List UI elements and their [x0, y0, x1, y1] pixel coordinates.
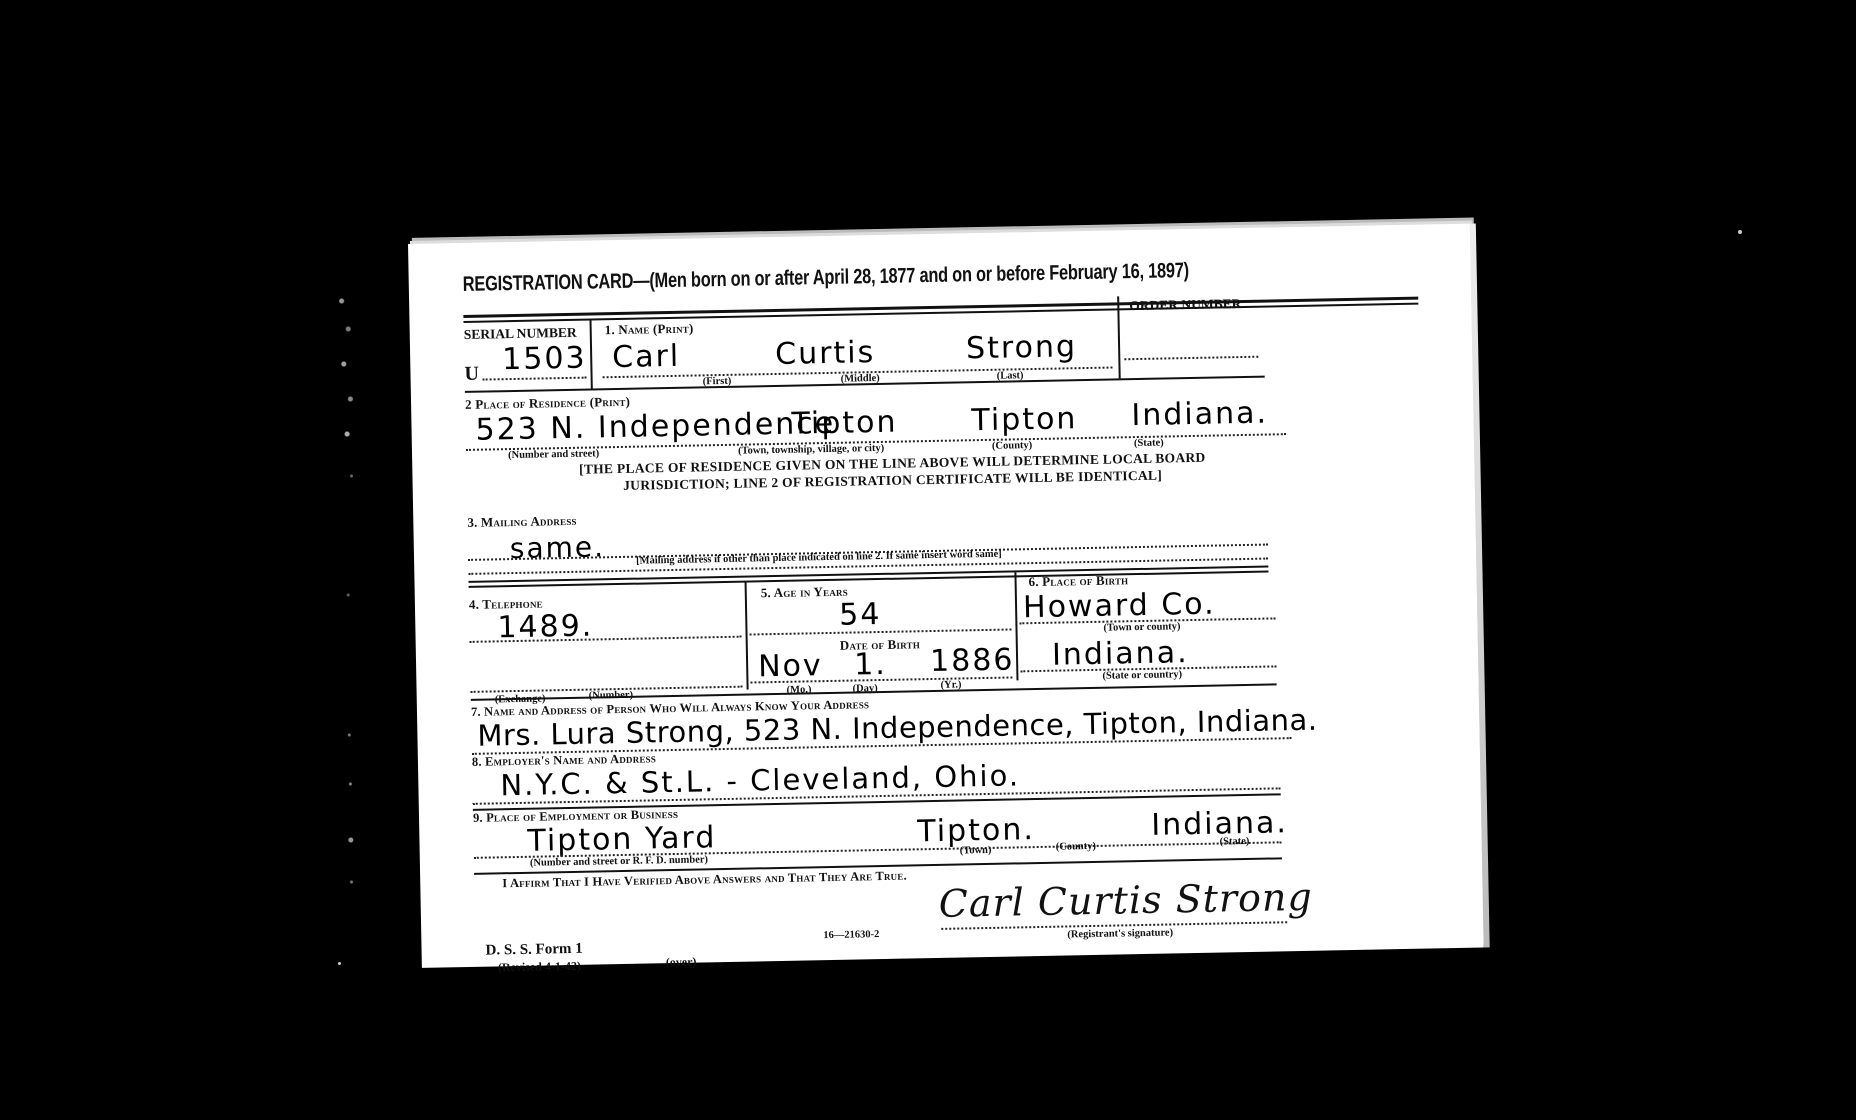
employment-state-caption: (State)	[1220, 836, 1250, 848]
serial-number-value: 1503	[502, 341, 587, 378]
registration-card: REGISTRATION CARD—(Men born on or after …	[408, 224, 1484, 968]
dob-year: 1886	[930, 642, 1015, 679]
name-middle: Curtis	[775, 335, 876, 372]
divider	[1014, 572, 1018, 680]
serial-prefix: U	[464, 363, 479, 386]
card-title: REGISTRATION CARD—(Men born on or after …	[463, 259, 1190, 297]
residence-town: Tipton	[791, 405, 898, 442]
signature-caption: (Registrant's signature)	[1067, 927, 1173, 940]
mailing-address-label: 3. Mailing Address	[467, 513, 577, 531]
state-caption: (State)	[1134, 438, 1164, 450]
dob-month: Nov	[758, 648, 823, 684]
over-note: (over)	[666, 955, 697, 971]
scan-speck	[1738, 230, 1742, 234]
name-first: Carl	[612, 339, 681, 375]
name-label: 1. Name (Print)	[605, 321, 694, 339]
dob-day: 1.	[854, 647, 887, 683]
mailing-address-value: same.	[510, 530, 606, 565]
scan-speck	[338, 962, 341, 965]
residence-street: 523 N. Independence	[475, 406, 835, 448]
age-label: 5. Age in Years	[761, 584, 848, 602]
birth-town-caption: (Town or county)	[1103, 621, 1180, 633]
residence-state: Indiana.	[1131, 396, 1268, 434]
divider	[590, 320, 593, 388]
place-of-birth-label: 6. Place of Birth	[1028, 572, 1128, 590]
divider	[745, 582, 749, 690]
age-value: 54	[839, 597, 882, 633]
card-edge	[1470, 223, 1490, 947]
name-last: Strong	[966, 329, 1078, 366]
birth-state-caption: (State or country)	[1102, 669, 1182, 682]
residence-county: Tipton	[971, 401, 1078, 438]
order-number-label: ORDER NUMBER	[1129, 296, 1241, 314]
street-caption: (Number and street)	[508, 448, 599, 461]
county-caption: (County)	[992, 440, 1032, 452]
form-revised: (Revised 4-1-42)	[498, 959, 581, 976]
scan-noise	[335, 280, 357, 980]
telephone-value: 1489.	[497, 609, 594, 646]
employment-town-caption: (Town)	[960, 845, 992, 857]
print-code: 16—21630-2	[823, 929, 879, 941]
registrant-signature: Carl Curtis Strong	[938, 875, 1313, 926]
serial-line	[483, 377, 587, 381]
employment-street-caption: (Number and street or R. F. D. number)	[530, 854, 708, 868]
order-number-line	[1124, 356, 1258, 361]
employment-county-caption: (County)	[1056, 841, 1096, 853]
form-number: D. S. S. Form 1	[485, 941, 582, 960]
employment-town: Tipton.	[917, 812, 1035, 849]
residence-notice: [THE PLACE OF RESIDENCE GIVEN ON THE LIN…	[512, 447, 1273, 496]
